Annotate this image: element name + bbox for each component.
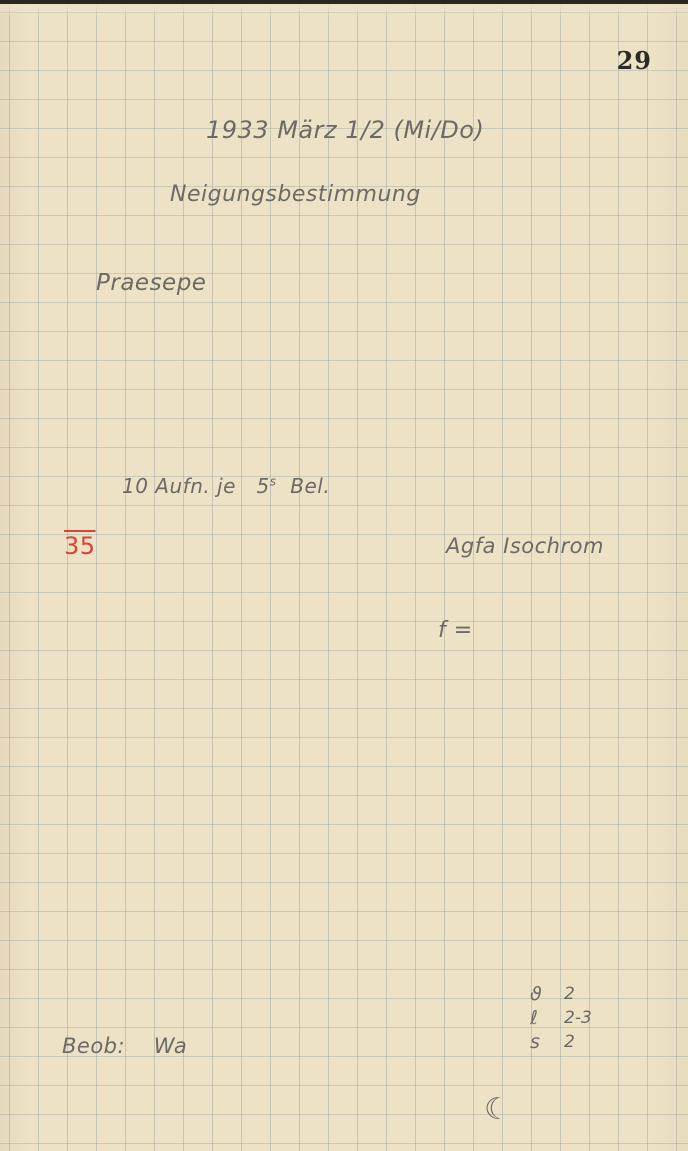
seeing-symbol-icon: ϑ — [530, 983, 564, 1005]
exposure-time-unit: s — [270, 474, 277, 488]
observer-initials: Wa — [154, 1034, 187, 1058]
plate-number: 35 — [64, 532, 96, 560]
condition-value: 2-3 — [564, 1008, 592, 1028]
exposure-count: 10 Aufn. je — [122, 474, 236, 498]
condition-value: 2 — [564, 984, 575, 1004]
moon-icon: ☾ — [484, 1092, 511, 1127]
notebook-page: 29 1933 März 1/2 (Mi/Do) Neigungsbestimm… — [0, 4, 688, 1151]
entry-date: 1933 März 1/2 (Mi/Do) — [206, 116, 484, 144]
plate-type: Agfa Isochrom — [446, 534, 604, 558]
condition-row: ℓ 2-3 — [530, 1006, 592, 1030]
exposure-suffix: Bel. — [290, 474, 330, 498]
condition-value: 2 — [564, 1032, 575, 1052]
exposure-note: 10 Aufn. je 5s Bel. — [122, 474, 330, 498]
sky-symbol-icon: s — [530, 1031, 564, 1053]
observer-label: Beob: — [62, 1034, 125, 1058]
observed-object: Praesepe — [96, 270, 206, 296]
page-edge — [0, 4, 688, 18]
page-number: 29 — [617, 46, 652, 75]
observer-line: Beob: Wa — [62, 1034, 187, 1058]
condition-row: ϑ 2 — [530, 982, 592, 1006]
transparency-symbol-icon: ℓ — [530, 1007, 564, 1029]
conditions-table: ϑ 2 ℓ 2-3 s 2 — [530, 982, 592, 1054]
focal-length-label: f = — [438, 618, 473, 643]
exposure-time: 5 — [257, 474, 270, 498]
entry-subject: Neigungsbestimmung — [170, 182, 421, 207]
condition-row: s 2 — [530, 1030, 592, 1054]
